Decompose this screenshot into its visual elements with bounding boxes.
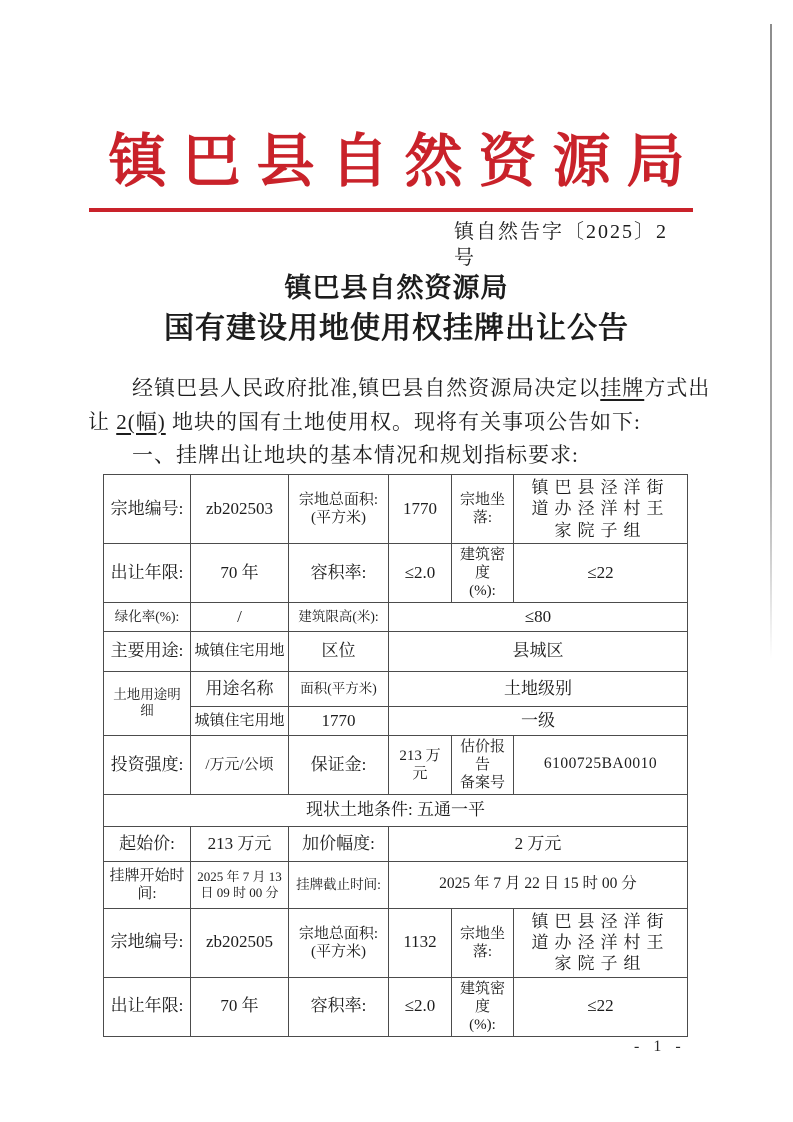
cell-p1-land-grade-label: 土地级别 — [389, 671, 688, 706]
cell-p1-deposit: 213 万元 — [389, 735, 452, 794]
table-row-p1-use-detail: 城镇住宅用地 1770 一级 — [104, 706, 688, 735]
cell-p1-appraisal-label: 估价报告 备案号 — [452, 735, 514, 794]
cell-p1-density-label: 建筑密度 (%): — [452, 543, 514, 602]
table-row-p1-main-use: 主要用途: 城镇住宅用地 区位 县城区 — [104, 631, 688, 671]
cell-p1-investment: /万元/公顷 — [191, 735, 289, 794]
cell-p2-plot-ratio: ≤2.0 — [389, 977, 452, 1036]
cell-p1-greening-label: 绿化率(%): — [104, 602, 191, 631]
cell-p1-main-use-label: 主要用途: — [104, 631, 191, 671]
table-row-p1-site-condition: 现状土地条件: 五通一平 — [104, 794, 688, 826]
letterhead-title: 镇巴县自然资源局 — [0, 126, 793, 198]
cell-p1-investment-label: 投资强度: — [104, 735, 191, 794]
cell-p1-tenure-label: 出让年限: — [104, 543, 191, 602]
table-row-p2-tenure: 出让年限: 70 年 容积率: ≤2.0 建筑密度 (%): ≤22 — [104, 977, 688, 1036]
cell-p1-location-label: 宗地坐 落: — [452, 475, 514, 544]
cell-p1-tenure: 70 年 — [191, 543, 289, 602]
parcel-info-table: 宗地编号: zb202503 宗地总面积: (平方米) 1770 宗地坐 落: … — [103, 474, 688, 1037]
cell-p1-use-name: 城镇住宅用地 — [191, 706, 289, 735]
cell-p1-listing-start: 2025 年 7 月 13 日 09 时 00 分 — [191, 861, 289, 908]
cell-p1-density: ≤22 — [514, 543, 688, 602]
cell-p2-area-label: 宗地总面积: (平方米) — [289, 908, 389, 977]
cell-p1-site-condition: 现状土地条件: 五通一平 — [104, 794, 688, 826]
table-row-p1-greening: 绿化率(%): / 建筑限高(米): ≤80 — [104, 602, 688, 631]
cell-p1-start-price: 213 万元 — [191, 826, 289, 861]
cell-p1-use-area-label: 面积(平方米) — [289, 671, 389, 706]
cell-p1-location: 镇巴县泾洋街 道办泾洋村王 家院子组 — [514, 475, 688, 544]
cell-p1-listing-end-label: 挂牌截止时间: — [289, 861, 389, 908]
cell-p1-use-name-label: 用途名称 — [191, 671, 289, 706]
cell-p1-increment: 2 万元 — [389, 826, 688, 861]
cell-p1-use-detail-label: 土地用途明细 — [104, 671, 191, 735]
scan-edge-artifact — [770, 24, 772, 659]
cell-p1-main-use: 城镇住宅用地 — [191, 631, 289, 671]
cell-p1-greening: / — [191, 602, 289, 631]
cell-p2-location-label: 宗地坐 落: — [452, 908, 514, 977]
announcement-title: 镇巴县自然资源局 国有建设用地使用权挂牌出让公告 — [0, 269, 793, 351]
intro-seg1: 经镇巴县人民政府批准,镇巴县自然资源局决定以 — [132, 376, 600, 400]
intro-seg5: 地块的国有土地使用权。现将有关事项公告如下: — [166, 410, 641, 434]
site-condition-label: 现状土地条件: — [306, 800, 413, 819]
cell-p2-area: 1132 — [389, 908, 452, 977]
cell-p1-deposit-label: 保证金: — [289, 735, 389, 794]
page-number: - 1 - — [634, 1038, 724, 1056]
cell-p2-tenure: 70 年 — [191, 977, 289, 1036]
cell-p1-start-price-label: 起始价: — [104, 826, 191, 861]
cell-p1-increment-label: 加价幅度: — [289, 826, 389, 861]
cell-p1-zone-label: 区位 — [289, 631, 389, 671]
cell-p1-plot-ratio: ≤2.0 — [389, 543, 452, 602]
cell-p2-parcel-id-label: 宗地编号: — [104, 908, 191, 977]
cell-p2-parcel-id: zb202505 — [191, 908, 289, 977]
cell-p1-appraisal-no: 6100725BA0010 — [514, 735, 688, 794]
table-row-p1-listing-time: 挂牌开始时间: 2025 年 7 月 13 日 09 时 00 分 挂牌截止时间… — [104, 861, 688, 908]
cell-p1-height-limit: ≤80 — [389, 602, 688, 631]
cell-p2-plot-ratio-label: 容积率: — [289, 977, 389, 1036]
site-condition-value: 五通一平 — [417, 800, 485, 819]
table-row-p2-identity: 宗地编号: zb202505 宗地总面积: (平方米) 1132 宗地坐 落: … — [104, 908, 688, 977]
intro-block: 经镇巴县人民政府批准,镇巴县自然资源局决定以挂牌方式出让 2(幅) 地块的国有土… — [88, 372, 720, 473]
cell-p1-listing-end: 2025 年 7 月 22 日 15 时 00 分 — [389, 861, 688, 908]
document-page: 镇巴县自然资源局 镇自然告字〔2025〕2 号 镇巴县自然资源局 国有建设用地使… — [0, 0, 793, 1122]
letterhead-rule — [89, 208, 693, 212]
cell-p1-area-label: 宗地总面积: (平方米) — [289, 475, 389, 544]
doc-number: 镇自然告字〔2025〕2 号 — [454, 219, 694, 271]
cell-p1-land-grade: 一级 — [389, 706, 688, 735]
cell-p2-tenure-label: 出让年限: — [104, 977, 191, 1036]
section-heading: 一、挂牌出让地块的基本情况和规划指标要求: — [88, 439, 720, 473]
cell-p2-location: 镇巴县泾洋街 道办泾洋村王 家院子组 — [514, 908, 688, 977]
cell-p2-density: ≤22 — [514, 977, 688, 1036]
table-row-p1-identity: 宗地编号: zb202503 宗地总面积: (平方米) 1770 宗地坐 落: … — [104, 475, 688, 544]
table-row-p1-tenure: 出让年限: 70 年 容积率: ≤2.0 建筑密度 (%): ≤22 — [104, 543, 688, 602]
cell-p2-density-label: 建筑密度 (%): — [452, 977, 514, 1036]
cell-p1-listing-start-label: 挂牌开始时间: — [104, 861, 191, 908]
cell-p1-plot-ratio-label: 容积率: — [289, 543, 389, 602]
cell-p1-zone: 县城区 — [389, 631, 688, 671]
table-row-p1-investment: 投资强度: /万元/公顷 保证金: 213 万元 估价报告 备案号 610072… — [104, 735, 688, 794]
cell-p1-parcel-id: zb202503 — [191, 475, 289, 544]
announcement-title-line2: 国有建设用地使用权挂牌出让公告 — [0, 307, 793, 351]
intro-underlined-parcel-count: 2(幅) — [116, 410, 166, 434]
cell-p1-use-area: 1770 — [289, 706, 389, 735]
cell-p1-parcel-id-label: 宗地编号: — [104, 475, 191, 544]
intro-underlined-listing-method: 挂牌 — [600, 376, 644, 400]
table-row-p1-use-detail-head: 土地用途明细 用途名称 面积(平方米) 土地级别 — [104, 671, 688, 706]
table-row-p1-price: 起始价: 213 万元 加价幅度: 2 万元 — [104, 826, 688, 861]
cell-p1-area: 1770 — [389, 475, 452, 544]
announcement-title-line1: 镇巴县自然资源局 — [0, 269, 793, 307]
intro-paragraph: 经镇巴县人民政府批准,镇巴县自然资源局决定以挂牌方式出让 2(幅) 地块的国有土… — [88, 372, 720, 439]
cell-p1-height-label: 建筑限高(米): — [289, 602, 389, 631]
